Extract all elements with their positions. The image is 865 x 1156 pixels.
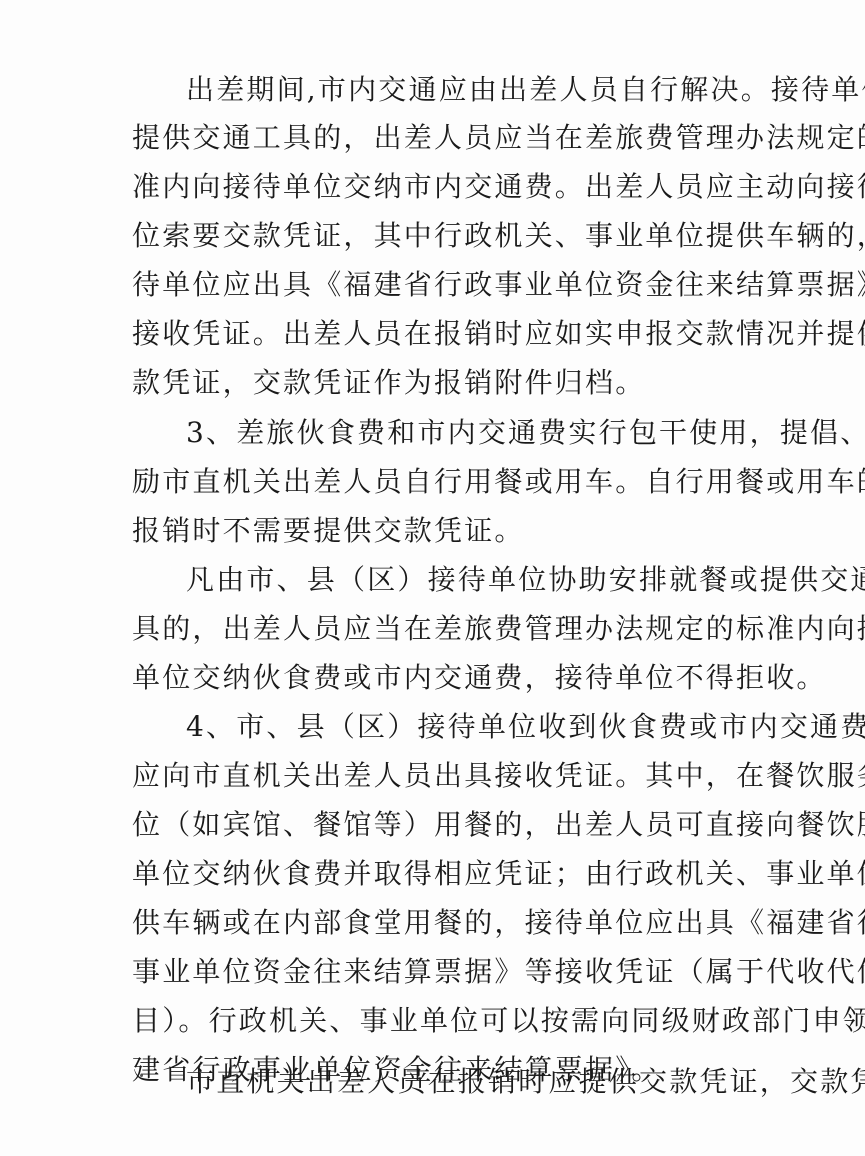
text-line: 款凭证，交款凭证作为报销附件归档。 [132, 365, 792, 401]
text-line: 接收凭证。出差人员在报销时应如实申报交款情况并提供交 [132, 316, 792, 352]
text-line: 报销时不需要提供交款凭证。 [132, 513, 792, 549]
text-line: 4、市、县（区）接待单位收到伙食费或市内交通费后， [186, 709, 792, 745]
text-line: 位（如宾馆、餐馆等）用餐的，出差人员可直接向餐饮服务 [132, 807, 792, 843]
scan-speck [140, 1074, 143, 1077]
text-line: 应向市直机关出差人员出具接收凭证。其中，在餐饮服务单 [132, 758, 792, 794]
text-line: 待单位应出具《福建省行政事业单位资金往来结算票据》等 [132, 267, 792, 303]
text-line: 励市直机关出差人员自行用餐或用车。自行用餐或用车的， [132, 464, 792, 500]
text-line: 事业单位资金往来结算票据》等接收凭证（属于代收代付项 [132, 954, 792, 990]
text-line: 出差期间,市内交通应由出差人员自行解决。接待单位 [186, 72, 792, 108]
text-line: 供车辆或在内部食堂用餐的，接待单位应出具《福建省行政 [132, 905, 792, 941]
text-line: 市直机关出差人员在报销时应提供交款凭证，交款凭证 [186, 1064, 792, 1100]
text-line: 目）。行政机关、事业单位可以按需向同级财政部门申领《福 [132, 1003, 792, 1039]
text-line: 凡由市、县（区）接待单位协助安排就餐或提供交通工 [186, 562, 792, 598]
text-line: 提供交通工具的，出差人员应当在差旅费管理办法规定的标 [132, 120, 792, 156]
text-line: 准内向接待单位交纳市内交通费。出差人员应主动向接待单 [132, 169, 792, 205]
text-line: 位索要交款凭证，其中行政机关、事业单位提供车辆的，接 [132, 218, 792, 254]
text-line: 3、差旅伙食费和市内交通费实行包干使用，提倡、鼓 [186, 415, 792, 451]
text-line: 单位交纳伙食费或市内交通费，接待单位不得拒收。 [132, 660, 792, 696]
scanned-document-page: 出差期间,市内交通应由出差人员自行解决。接待单位 提供交通工具的，出差人员应当在… [0, 0, 865, 1156]
text-line: 具的，出差人员应当在差旅费管理办法规定的标准内向接待 [132, 611, 792, 647]
text-line: 单位交纳伙食费并取得相应凭证；由行政机关、事业单位提 [132, 856, 792, 892]
